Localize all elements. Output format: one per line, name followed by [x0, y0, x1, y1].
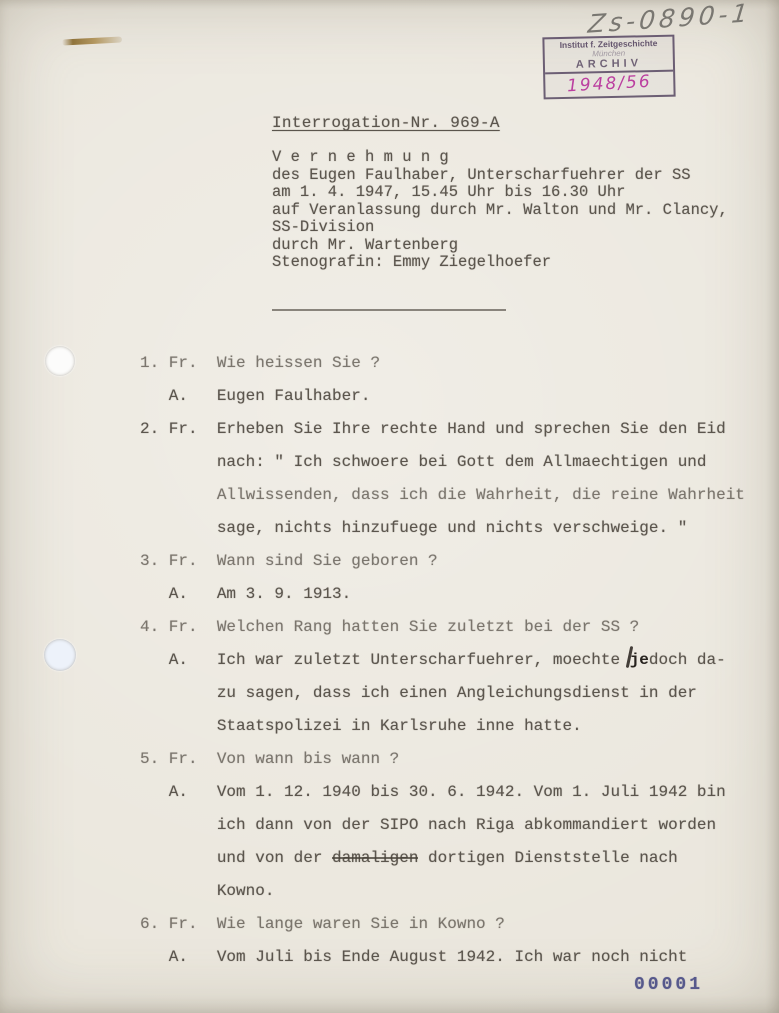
- qa-prefix: 4. Fr.: [140, 618, 217, 636]
- qa-line: 2. Fr. Erheben Sie Ihre rechte Hand und …: [140, 413, 745, 446]
- qa-text: dortigen Dienststelle nach: [418, 849, 677, 867]
- qa-text: Welchen Rang hatten Sie zuletzt bei der …: [217, 618, 639, 636]
- archive-stamp-number: 1948/56: [547, 70, 672, 100]
- document-title: Interrogation-Nr. 969-A: [272, 114, 500, 132]
- qa-prefix: [140, 684, 217, 702]
- qa-line: ich dann von der SIPO nach Riga abkomman…: [140, 809, 745, 842]
- qa-line: Kowno.: [140, 875, 745, 908]
- qa-prefix: A.: [140, 783, 217, 801]
- qa-line: 1. Fr. Wie heissen Sie ?: [140, 347, 745, 380]
- paper-smudge-mark: [62, 36, 122, 45]
- qa-text: Kowno.: [217, 882, 275, 900]
- qa-prefix: [140, 882, 217, 900]
- qa-prefix: 2. Fr.: [140, 420, 217, 438]
- qa-prefix: [140, 717, 217, 735]
- vernehmung-line: Stenografin: Emmy Ziegelhoefer: [272, 254, 728, 272]
- vernehmung-block: V e r n e h m u n gdes Eugen Faulhaber, …: [272, 149, 728, 272]
- qa-line: Staatspolizei in Karlsruhe inne hatte.: [140, 710, 745, 743]
- vernehmung-line: SS-Division: [272, 219, 728, 237]
- qa-text: Wann sind Sie geboren ?: [217, 552, 438, 570]
- hole-punch: [45, 346, 75, 376]
- qa-text: Ich war zuletzt Unterscharfuehrer, moech…: [217, 651, 630, 669]
- handwritten-archive-reference: Zs-0890-1: [587, 0, 753, 39]
- qa-text: Erheben Sie Ihre rechte Hand und spreche…: [217, 420, 726, 438]
- qa-text: Am 3. 9. 1913.: [217, 585, 351, 603]
- scanned-document-page: Zs-0890-1 Institut f. Zeitgeschichte Mün…: [0, 0, 779, 1013]
- qa-text: doch da-: [649, 651, 726, 669]
- qa-prefix: A.: [140, 387, 217, 405]
- qa-text: Eugen Faulhaber.: [217, 387, 371, 405]
- hole-punch: [44, 639, 76, 671]
- qa-prefix: [140, 849, 217, 867]
- pen-text: je: [630, 651, 649, 669]
- qa-text: Wie heissen Sie ?: [217, 354, 380, 372]
- vernehmung-line: auf Veranlassung durch Mr. Walton und Mr…: [272, 202, 728, 220]
- qa-prefix: A.: [140, 585, 217, 603]
- qa-prefix: 1. Fr.: [140, 354, 217, 372]
- typed-divider-line: [272, 309, 506, 311]
- qa-text: sage, nichts hinzufuege und nichts versc…: [217, 519, 687, 537]
- archive-stamp: Institut f. Zeitgeschichte München ARCHI…: [542, 35, 675, 100]
- qa-text: Von wann bis wann ?: [217, 750, 399, 768]
- qa-line: A. Eugen Faulhaber.: [140, 380, 745, 413]
- qa-text: ich dann von der SIPO nach Riga abkomman…: [217, 816, 716, 834]
- qa-prefix: [140, 453, 217, 471]
- qa-line: 6. Fr. Wie lange waren Sie in Kowno ?: [140, 908, 745, 941]
- vernehmung-line: V e r n e h m u n g: [272, 149, 728, 167]
- strike-text: damaligen: [332, 849, 418, 867]
- qa-text: Vom Juli bis Ende August 1942. Ich war n…: [217, 948, 687, 966]
- qa-line: Allwissenden, dass ich die Wahrheit, die…: [140, 479, 745, 512]
- vernehmung-line: durch Mr. Wartenberg: [272, 237, 728, 255]
- qa-text: Wie lange waren Sie in Kowno ?: [217, 915, 505, 933]
- qa-line: A. Am 3. 9. 1913.: [140, 578, 745, 611]
- qa-prefix: [140, 816, 217, 834]
- qa-line: 5. Fr. Von wann bis wann ?: [140, 743, 745, 776]
- qa-text: zu sagen, dass ich einen Angleichungsdie…: [217, 684, 697, 702]
- qa-line: 3. Fr. Wann sind Sie geboren ?: [140, 545, 745, 578]
- qa-prefix: [140, 519, 217, 537]
- qa-prefix: 6. Fr.: [140, 915, 217, 933]
- qa-line: A. Vom 1. 12. 1940 bis 30. 6. 1942. Vom …: [140, 776, 745, 809]
- qa-line: A. Vom Juli bis Ende August 1942. Ich wa…: [140, 941, 745, 974]
- qa-line: A. Ich war zuletzt Unterscharfuehrer, mo…: [140, 644, 745, 677]
- qa-line: zu sagen, dass ich einen Angleichungsdie…: [140, 677, 745, 710]
- qa-line: sage, nichts hinzufuege und nichts versc…: [140, 512, 745, 545]
- qa-text: Staatspolizei in Karlsruhe inne hatte.: [217, 717, 582, 735]
- qa-line: 4. Fr. Welchen Rang hatten Sie zuletzt b…: [140, 611, 745, 644]
- qa-line: und von der damaligen dortigen Dienstste…: [140, 842, 745, 875]
- vernehmung-line: des Eugen Faulhaber, Unterscharfuehrer d…: [272, 167, 728, 185]
- qa-prefix: 3. Fr.: [140, 552, 217, 570]
- qa-text: und von der: [217, 849, 332, 867]
- vernehmung-line: am 1. 4. 1947, 15.45 Uhr bis 16.30 Uhr: [272, 184, 728, 202]
- qa-text: Vom 1. 12. 1940 bis 30. 6. 1942. Vom 1. …: [217, 783, 726, 801]
- page-number-stamp: 00001: [634, 975, 703, 995]
- qa-prefix: [140, 486, 217, 504]
- qa-text: Allwissenden, dass ich die Wahrheit, die…: [217, 486, 745, 504]
- qa-block: 1. Fr. Wie heissen Sie ? A. Eugen Faulha…: [140, 347, 745, 974]
- qa-text: nach: " Ich schwoere bei Gott dem Allmae…: [217, 453, 707, 471]
- qa-prefix: 5. Fr.: [140, 750, 217, 768]
- qa-prefix: A.: [140, 651, 217, 669]
- qa-line: nach: " Ich schwoere bei Gott dem Allmae…: [140, 446, 745, 479]
- qa-prefix: A.: [140, 948, 217, 966]
